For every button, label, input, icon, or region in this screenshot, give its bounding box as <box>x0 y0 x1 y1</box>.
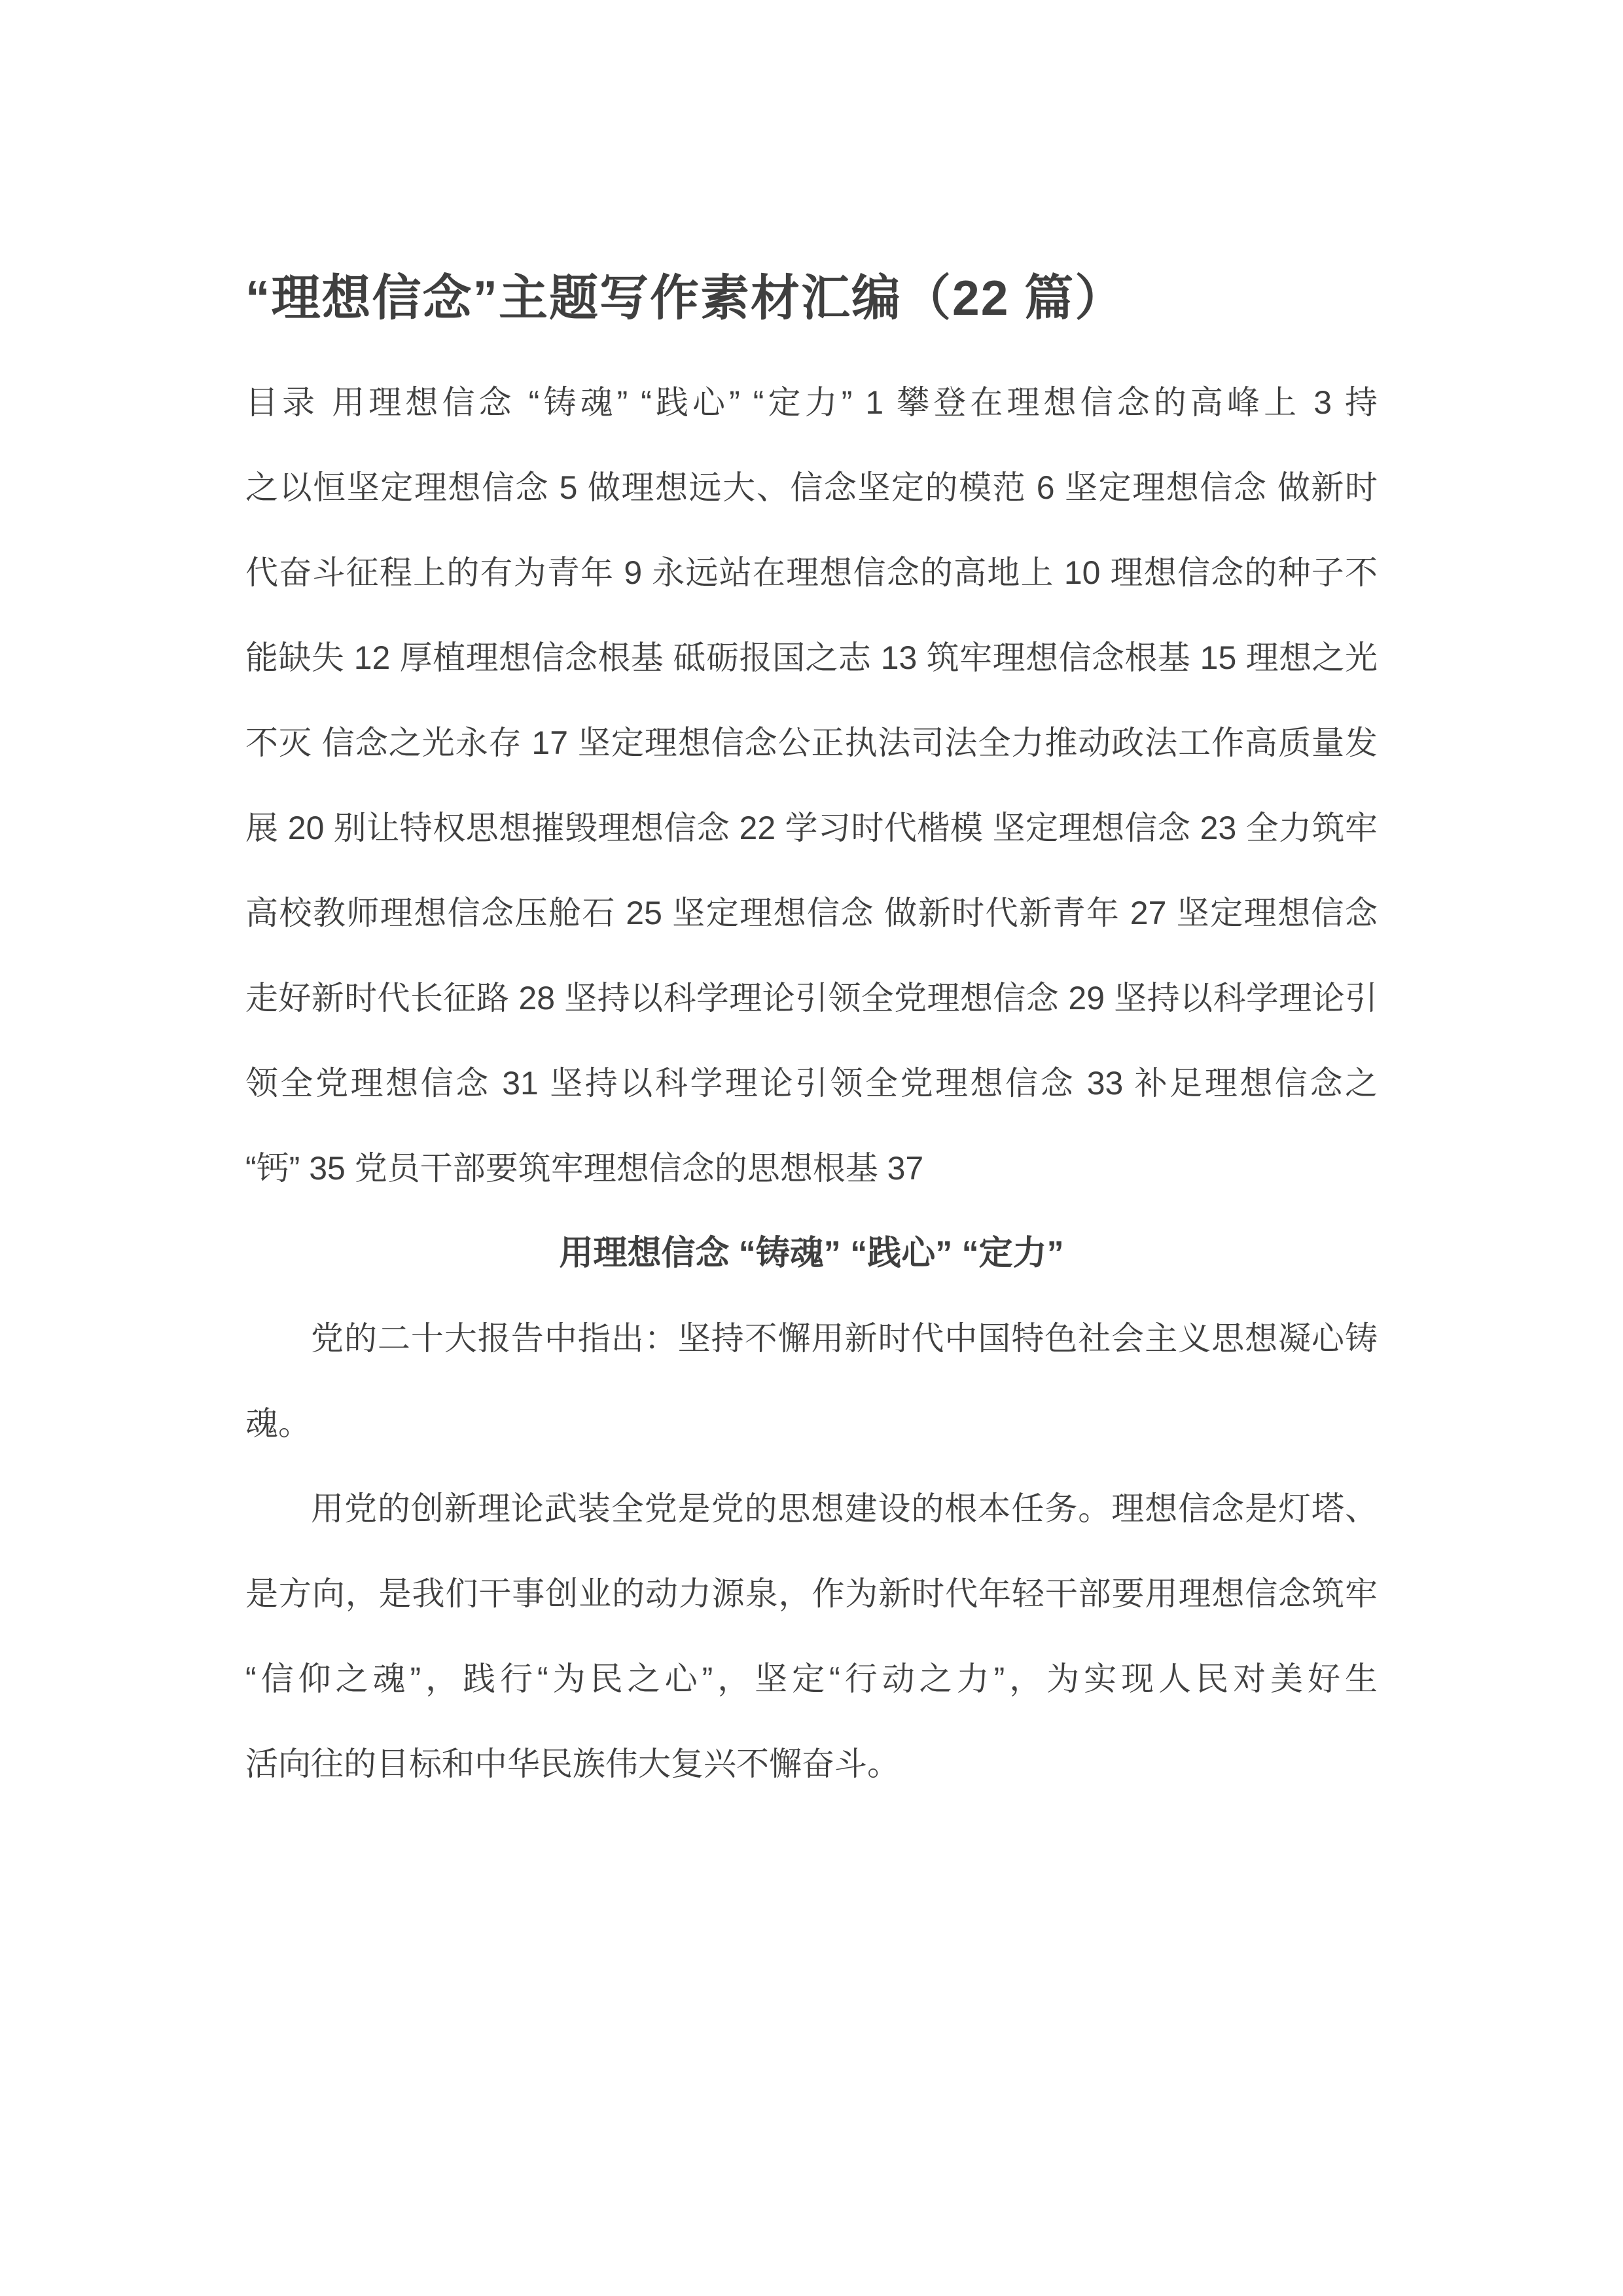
toc-line: 高校教师理想信念压舱石 25 坚定理想信念 做新时代新青年 27 坚定理想信念 <box>245 870 1378 956</box>
paragraph-line: 活向往的目标和中华民族伟大复兴不懈奋斗。 <box>245 1721 1378 1806</box>
toc-line: 领全党理想信念 31 坚持以科学理论引领全党理想信念 33 补足理想信念之 <box>245 1041 1378 1126</box>
toc-line: 走好新时代长征路 28 坚持以科学理论引领全党理想信念 29 坚持以科学理论引 <box>245 956 1378 1041</box>
paragraph-1: 党的二十大报告中指出：坚持不懈用新时代中国特色社会主义思想凝心铸 魂。 <box>245 1296 1378 1466</box>
toc-line: 能缺失 12 厚植理想信念根基 砥砺报国之志 13 筑牢理想信念根基 15 理想… <box>245 615 1378 700</box>
table-of-contents: 目录 用理想信念 “铸魂” “践心” “定力” 1 攀登在理想信念的高峰上 3 … <box>245 360 1378 1211</box>
paragraph-line: 魂。 <box>245 1381 1378 1466</box>
toc-line: 目录 用理想信念 “铸魂” “践心” “定力” 1 攀登在理想信念的高峰上 3 … <box>245 360 1378 445</box>
paragraph-line: 用党的创新理论武装全党是党的思想建设的根本任务。理想信念是灯塔、 <box>245 1466 1378 1551</box>
section-heading: 用理想信念 “铸魂” “践心” “定力” <box>245 1211 1378 1296</box>
toc-line: 之以恒坚定理想信念 5 做理想远大、信念坚定的模范 6 坚定理想信念 做新时 <box>245 445 1378 530</box>
paragraph-line: 是方向，是我们干事创业的动力源泉，作为新时代年轻干部要用理想信念筑牢 <box>245 1551 1378 1636</box>
document-page: “理想信念”主题写作素材汇编（22 篇） 目录 用理想信念 “铸魂” “践心” … <box>0 0 1623 2296</box>
toc-line: 不灭 信念之光永存 17 坚定理想信念公正执法司法全力推动政法工作高质量发 <box>245 700 1378 785</box>
toc-line: 展 20 别让特权思想摧毁理想信念 22 学习时代楷模 坚定理想信念 23 全力… <box>245 785 1378 870</box>
document-title: “理想信念”主题写作素材汇编（22 篇） <box>245 268 1378 327</box>
paragraph-line: 党的二十大报告中指出：坚持不懈用新时代中国特色社会主义思想凝心铸 <box>245 1296 1378 1381</box>
paragraph-2: 用党的创新理论武装全党是党的思想建设的根本任务。理想信念是灯塔、 是方向，是我们… <box>245 1466 1378 1806</box>
toc-line: 代奋斗征程上的有为青年 9 永远站在理想信念的高地上 10 理想信念的种子不 <box>245 530 1378 615</box>
paragraph-line: “信仰之魂”，践行“为民之心”，坚定“行动之力”，为实现人民对美好生 <box>245 1636 1378 1721</box>
toc-line: “钙” 35 党员干部要筑牢理想信念的思想根基 37 <box>245 1126 1378 1211</box>
